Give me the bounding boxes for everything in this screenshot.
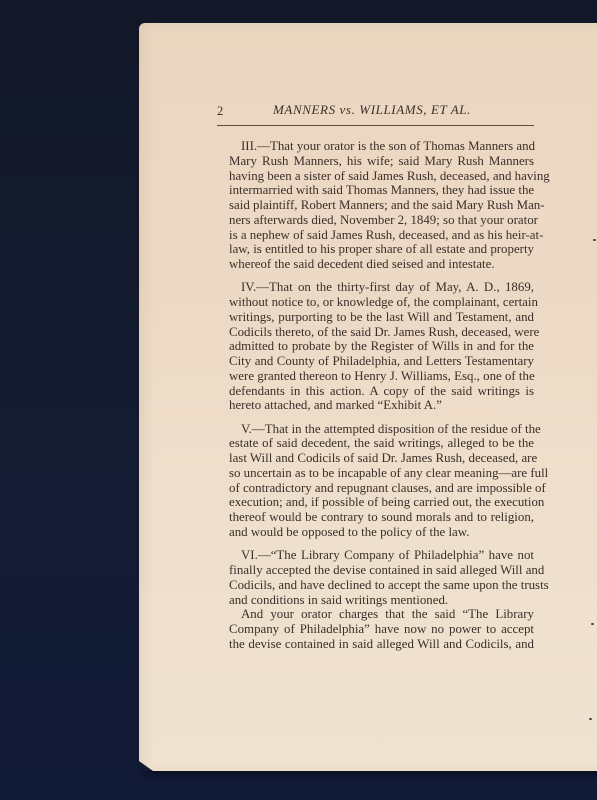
- text-line: law, is entitled to his proper share of …: [217, 242, 534, 257]
- text-line: V.—That in the attempted disposition of …: [217, 422, 534, 437]
- text-line: ners afterwards died, November 2, 1849; …: [217, 213, 534, 228]
- text-line: execution; and, if possible of being car…: [217, 495, 534, 510]
- text-line: And your orator charges that the said “T…: [217, 607, 534, 622]
- paragraph-iv: IV.—That on the thirty-first day of May,…: [217, 280, 534, 413]
- text-line: and conditions in said writings mentione…: [217, 593, 534, 608]
- text-line: the devise contained in said alleged Wil…: [217, 637, 534, 652]
- text-line: admitted to probate by the Register of W…: [217, 339, 534, 354]
- text-line: were granted thereon to Henry J. William…: [217, 369, 534, 384]
- scan-background: 2 MANNERS vs. WILLIAMS, ET AL. III.—That…: [0, 0, 597, 800]
- page-number: 2: [217, 104, 223, 119]
- paper-speck: [589, 718, 592, 720]
- paper-speck: [591, 623, 594, 625]
- text-line: so uncertain as to be incapable of any c…: [217, 466, 534, 481]
- text-line: Codicils, and have declined to accept th…: [217, 578, 534, 593]
- paragraph-vi: VI.—“The Library Company of Philadelphia…: [217, 548, 534, 607]
- text-line: Codicils thereto, of the said Dr. James …: [217, 325, 534, 340]
- text-line: finally accepted the devise contained in…: [217, 563, 534, 578]
- text-line: III.—That your orator is the son of Thom…: [217, 139, 534, 154]
- text-line: intermarried with said Thomas Manners, t…: [217, 183, 534, 198]
- document-page: 2 MANNERS vs. WILLIAMS, ET AL. III.—That…: [139, 23, 597, 771]
- paragraph-v: V.—That in the attempted disposition of …: [217, 422, 534, 540]
- running-head: 2 MANNERS vs. WILLIAMS, ET AL.: [217, 102, 535, 122]
- paragraph-iii: III.—That your orator is the son of Thom…: [217, 139, 534, 272]
- text-line: hereto attached, and marked “Exhibit A.”: [217, 398, 534, 413]
- text-line: IV.—That on the thirty-first day of May,…: [217, 280, 534, 295]
- running-head-title: MANNERS vs. WILLIAMS, ET AL.: [273, 102, 471, 118]
- text-line: having been a sister of said James Rush,…: [217, 169, 534, 184]
- paragraph-vi-continued: And your orator charges that the said “T…: [217, 607, 534, 651]
- text-line: of contradictory and repugnant clauses, …: [217, 481, 534, 496]
- text-line: Mary Rush Manners, his wife; said Mary R…: [217, 154, 534, 169]
- text-line: VI.—“The Library Company of Philadelphia…: [217, 548, 534, 563]
- text-line: and would be opposed to the policy of th…: [217, 525, 534, 540]
- text-line: last Will and Codicils of said Dr. James…: [217, 451, 534, 466]
- text-line: said plaintiff, Robert Manners; and the …: [217, 198, 534, 213]
- text-line: estate of said decedent, the said writin…: [217, 436, 534, 451]
- header-rule: [217, 125, 534, 126]
- text-line: is a nephew of said James Rush, deceased…: [217, 228, 534, 243]
- text-line: thereof would be contrary to sound moral…: [217, 510, 534, 525]
- body-text: III.—That your orator is the son of Thom…: [217, 139, 534, 652]
- text-line: without notice to, or knowledge of, the …: [217, 295, 534, 310]
- text-line: defendants in this action. A copy of the…: [217, 384, 534, 399]
- text-line: whereof the said decedent died seised an…: [217, 257, 534, 272]
- paper-speck: [593, 239, 596, 241]
- text-line: Company of Philadelphia” have now no pow…: [217, 622, 534, 637]
- text-line: City and County of Philadelphia, and Let…: [217, 354, 534, 369]
- text-line: writings, purporting to be the last Will…: [217, 310, 534, 325]
